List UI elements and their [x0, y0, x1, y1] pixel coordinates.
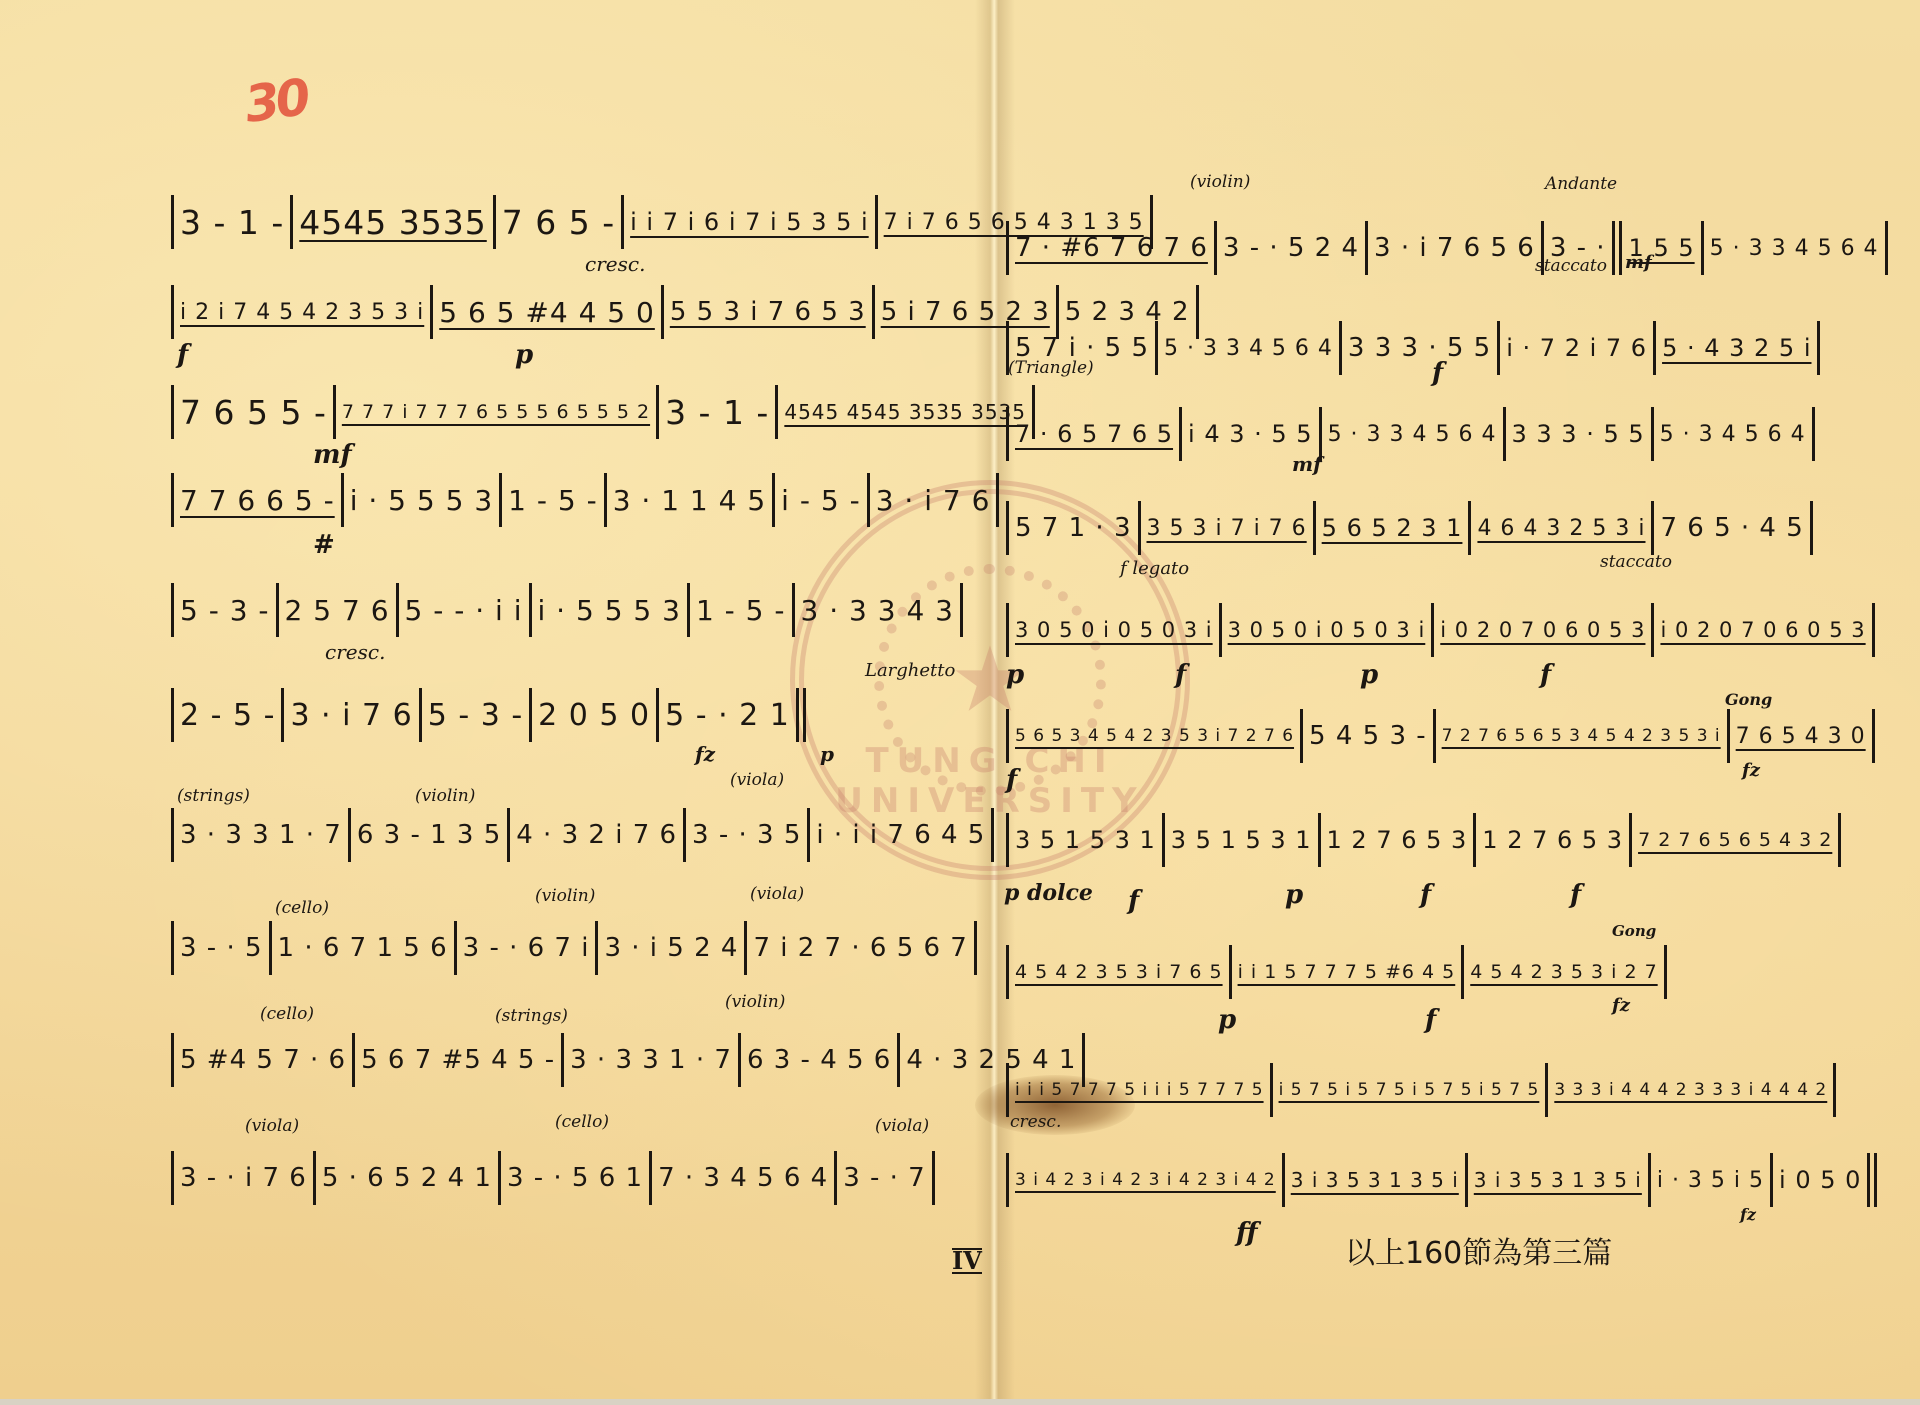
barline	[875, 195, 878, 249]
barline	[529, 688, 532, 742]
barline	[1006, 501, 1009, 555]
measure: i 2 i 7 4 5 4 2 3 5 3 i	[180, 300, 424, 325]
barline	[499, 473, 502, 527]
dynamic-forte: f	[177, 340, 188, 370]
measure: 7 2 7 6 5 6 5 4 3 2	[1638, 829, 1832, 851]
instrument-label: (violin)	[535, 886, 595, 906]
measure: i · 5 5 5 3	[350, 484, 493, 517]
measure: 5 6 5 3 4 5 4 2 3 5 3 i 7 2 7 6	[1015, 726, 1294, 746]
articulation-staccato: staccato	[1600, 552, 1672, 572]
measure: 3 - · 6 7 i	[463, 933, 590, 963]
barline	[1270, 1063, 1273, 1117]
measure: 3 - · 5 6 1	[507, 1163, 643, 1193]
barline	[341, 473, 344, 527]
measure: 3 · 3 3 1 · 7	[180, 820, 342, 850]
barline	[1629, 813, 1632, 867]
score-row: 7 6 5 5 - 7 7 7 i 7 7 7 6 5 5 5 6 5 5 5 …	[165, 382, 1041, 442]
score-row: 7 · #6 7 6 7 6 3 - · 5 2 4 3 · i 7 6 5 6…	[1000, 218, 1894, 278]
barline	[991, 808, 994, 862]
dynamic-piano: p	[1285, 880, 1303, 910]
barline	[171, 688, 174, 742]
measure: 3 i 3 5 3 1 3 5 i	[1291, 1168, 1459, 1192]
barline	[348, 808, 351, 862]
measure: i - 5 -	[781, 484, 861, 517]
dynamic-fz: fz	[1740, 1205, 1756, 1224]
barline	[1503, 407, 1506, 461]
barline	[1282, 1153, 1285, 1207]
instrument-label: (cello)	[260, 1004, 314, 1024]
dynamic-forte: f	[1420, 880, 1431, 910]
measure: 3 · 3 3 4 3	[801, 594, 954, 627]
instrument-label: (viola)	[875, 1116, 929, 1136]
barline	[1006, 1063, 1009, 1117]
score-row: 3 5 1 5 3 1 3 5 1 5 3 1 1 2 7 6 5 3 1 2 …	[1000, 810, 1847, 870]
dynamic-forte: f	[1570, 880, 1581, 910]
measure: 3 3 3 · 5 5	[1512, 420, 1645, 448]
measure: 3 · 1 1 4 5	[613, 484, 766, 517]
barline	[1006, 709, 1009, 763]
score-row: 3 - · 5 1 · 6 7 1 5 6 3 - · 6 7 i 3 · i …	[165, 918, 983, 978]
barline	[171, 1151, 174, 1205]
double-barline	[1867, 1153, 1870, 1207]
measure: i 4 3 · 5 5	[1188, 420, 1313, 448]
articulation-staccato: staccato	[1535, 256, 1607, 276]
barline	[621, 195, 624, 249]
barline	[352, 1033, 355, 1087]
barline	[772, 473, 775, 527]
score-row: 7 · 6 5 7 6 5 i 4 3 · 5 5 5 · 3 3 4 5 6 …	[1000, 404, 1821, 464]
measure: 2 5 7 6	[285, 594, 390, 627]
measure: 7 · 3 4 5 6 4	[658, 1163, 828, 1193]
barline	[171, 583, 174, 637]
measure: i · 7 2 i 7 6	[1506, 334, 1647, 362]
measure: 7 6 5 · 4 5	[1660, 513, 1803, 543]
measure: 7 6 5 4 3 0	[1736, 724, 1866, 749]
barline	[269, 921, 272, 975]
barline	[683, 808, 686, 862]
barline	[1300, 709, 1303, 763]
articulation-legato: f legato	[1120, 558, 1189, 579]
measure: i 0 2 0 7 0 6 0 5 3	[1660, 618, 1865, 642]
sharp-mark: #	[313, 530, 335, 560]
barline	[1838, 813, 1841, 867]
barline	[1545, 1063, 1548, 1117]
instrument-label: (violin)	[725, 992, 785, 1012]
score-row: i i i 5 7 7 7 5 i i i 5 7 7 7 5 i 5 7 5 …	[1000, 1060, 1842, 1120]
barline	[171, 808, 174, 862]
measure: 5 6 5 #4 4 5 0	[439, 296, 655, 329]
measure: 7 7 6 6 5 -	[180, 484, 335, 517]
dynamic-fortissimo: ff	[1236, 1218, 1258, 1248]
dynamic-forte: f	[1006, 765, 1017, 795]
instrument-label: (violin)	[1190, 172, 1250, 192]
measure: 1 · 6 7 1 5 6	[278, 933, 448, 963]
score-row: 3 0 5 0 i 0 5 0 3 i 3 0 5 0 i 0 5 0 3 i …	[1000, 600, 1881, 660]
measure: 3 · i 7 6	[876, 484, 991, 517]
measure: i i 7 i 6 i 7 i 5 3 5 i	[630, 208, 869, 236]
score-row: 5 6 5 3 4 5 4 2 3 5 3 i 7 2 7 6 5 4 5 3 …	[1000, 706, 1881, 766]
measure: 3 - 1 -	[180, 203, 284, 242]
barline	[792, 583, 795, 637]
barline	[171, 921, 174, 975]
barline	[1179, 407, 1182, 461]
barline	[974, 921, 977, 975]
measure: 7 · 6 5 7 6 5	[1015, 420, 1173, 448]
measure: 5 4 5 3 -	[1309, 721, 1427, 751]
measure: 3 - 1 -	[665, 393, 769, 432]
measure: 3 3 3 i 4 4 4 2 3 3 3 i 4 4 4 2	[1554, 1080, 1827, 1100]
dynamic-piano: p	[1360, 660, 1378, 690]
measure: 7 6 5 -	[502, 203, 615, 242]
dynamic-mezzo-forte: mf	[1625, 252, 1652, 273]
instrument-label: (viola)	[730, 770, 784, 790]
instrument-label: (strings)	[495, 1006, 568, 1026]
barline	[649, 1151, 652, 1205]
measure: 1 - 5 -	[508, 484, 598, 517]
instrument-label: (cello)	[275, 898, 329, 918]
barline	[507, 808, 510, 862]
measure: 5 - 3 -	[428, 698, 523, 733]
barline	[687, 583, 690, 637]
dynamic-piano-dolce: p dolce	[1004, 880, 1093, 906]
double-barline	[796, 688, 799, 742]
barline	[1465, 1153, 1468, 1207]
measure: 4 5 4 2 3 5 3 i 7 6 5	[1015, 961, 1223, 983]
barline	[281, 688, 284, 742]
page-edge	[0, 1399, 1920, 1405]
dynamic-fz: fz	[695, 742, 715, 766]
barline	[1365, 221, 1368, 275]
measure: 5 · 3 3 4 5 6 4	[1328, 422, 1497, 447]
barline	[604, 473, 607, 527]
barline	[1339, 321, 1342, 375]
score-row: 2 - 5 - 3 · i 7 6 5 - 3 - 2 0 5 0 5 - · …	[165, 685, 813, 745]
measure: 3 5 3 i 7 i 7 6	[1147, 516, 1307, 541]
barline	[493, 195, 496, 249]
measure: 5 · 3 3 4 5 6 4	[1164, 336, 1333, 361]
barline	[171, 195, 174, 249]
score-row: 5 7 1 · 3 3 5 3 i 7 i 7 6 5 6 5 2 3 1 4 …	[1000, 498, 1819, 558]
dynamic-mezzo-forte: mf	[313, 440, 352, 470]
barline	[171, 285, 174, 339]
dynamic-forte: f	[1175, 660, 1186, 690]
barline	[1214, 221, 1217, 275]
barline	[656, 688, 659, 742]
barline	[1653, 321, 1656, 375]
measure: 4 · 3 2 i 7 6	[516, 820, 677, 850]
barline	[171, 385, 174, 439]
page-roman-numeral: IV	[952, 1248, 982, 1274]
measure: 2 0 5 0	[538, 698, 650, 733]
measure: 5 - - · i i	[405, 594, 523, 627]
barline	[872, 285, 875, 339]
measure: 5 · 6 5 2 4 1	[322, 1163, 492, 1193]
score-row: 3 i 4 2 3 i 4 2 3 i 4 2 3 i 4 2 3 i 3 5 …	[1000, 1150, 1884, 1210]
barline	[595, 921, 598, 975]
tempo-andante: Andante	[1545, 174, 1617, 194]
barline	[1006, 603, 1009, 657]
measure: 7 i 2 7 · 6 5 6 7	[753, 933, 967, 963]
measure: 3 5 1 5 3 1	[1015, 826, 1156, 854]
barline	[396, 583, 399, 637]
measure: i · 5 5 5 3	[538, 594, 681, 627]
barline	[661, 285, 664, 339]
barline	[1461, 945, 1464, 999]
measure: i 0 5 0	[1779, 1166, 1861, 1194]
barline	[1648, 1153, 1651, 1207]
barline	[498, 1151, 501, 1205]
barline	[932, 1151, 935, 1205]
measure: 3 i 4 2 3 i 4 2 3 i 4 2 3 i 4 2	[1015, 1170, 1276, 1190]
barline	[1006, 407, 1009, 461]
barline	[1313, 501, 1316, 555]
barline	[276, 583, 279, 637]
barline	[807, 808, 810, 862]
dynamic-cresc: cresc.	[325, 640, 385, 664]
measure: 6 3 - 1 3 5	[357, 820, 501, 850]
dynamic-piano: p	[820, 742, 834, 766]
measure: 4545 3535	[299, 203, 486, 242]
measure: 5 - · 2 1	[665, 698, 790, 733]
barline	[1651, 603, 1654, 657]
measure: 1 - 5 -	[696, 594, 786, 627]
barline	[1770, 1153, 1773, 1207]
measure: 7 6 5 5 -	[180, 393, 327, 432]
measure: 3 3 3 · 5 5	[1348, 333, 1491, 363]
instrument-label: (viola)	[245, 1116, 299, 1136]
measure: 5 - 3 -	[180, 594, 270, 627]
measure: 3 · i 5 2 4	[604, 933, 738, 963]
measure: i i 1 5 7 7 7 5 #6 4 5	[1238, 961, 1456, 983]
score-row: 7 7 6 6 5 - i · 5 5 5 3 1 - 5 - 3 · 1 1 …	[165, 470, 1005, 530]
dynamic-piano: p	[1006, 660, 1024, 690]
barline	[996, 473, 999, 527]
barline	[561, 1033, 564, 1087]
barline	[171, 473, 174, 527]
measure: 3 - · 7	[843, 1163, 926, 1193]
measure: 3 i 3 5 3 1 3 5 i	[1474, 1168, 1642, 1192]
barline	[1701, 221, 1704, 275]
barline	[1872, 709, 1875, 763]
barline	[1006, 221, 1009, 275]
section-end-note: 以上160節為第三篇	[1345, 1228, 1612, 1272]
measure: 3 0 5 0 i 0 5 0 3 i	[1228, 618, 1426, 642]
dynamic-fz: fz	[1742, 760, 1760, 781]
barline	[1473, 813, 1476, 867]
barline	[1433, 709, 1436, 763]
measure: 3 - · 3 5	[692, 820, 801, 850]
dynamic-forte: f	[1540, 660, 1551, 690]
instrument-gong: Gong	[1725, 690, 1772, 709]
instrument-label: (cello)	[555, 1112, 609, 1132]
measure: 4 5 4 2 3 5 3 i 2 7	[1470, 961, 1657, 983]
measure: 3 - · 5	[180, 933, 263, 963]
measure: i 5 7 5 i 5 7 5 i 5 7 5 i 5 7 5	[1279, 1080, 1540, 1100]
measure: 5 · 3 3 4 5 6 4	[1710, 236, 1879, 261]
measure: 3 · 3 3 1 · 7	[570, 1045, 732, 1075]
barline	[1872, 603, 1875, 657]
dynamic-forte: f	[1425, 1005, 1436, 1035]
measure: 5 · 3 4 5 6 4	[1660, 422, 1806, 447]
dynamic-cresc: cresc.	[1010, 1112, 1061, 1132]
dynamic-piano: p	[515, 340, 533, 370]
instrument-label: (violin)	[415, 786, 475, 806]
barline	[897, 1033, 900, 1087]
measure: 2 - 5 -	[180, 698, 275, 733]
barline	[775, 385, 778, 439]
measure: 3 · i 7 6	[290, 698, 412, 733]
tempo-larghetto: Larghetto	[865, 660, 955, 681]
barline	[1006, 1153, 1009, 1207]
barline	[1664, 945, 1667, 999]
dynamic-mezzo-forte: mf	[1292, 452, 1322, 476]
barline	[454, 921, 457, 975]
barline	[1468, 501, 1471, 555]
measure: 7 2 7 6 5 6 5 3 4 5 4 2 3 5 3 i	[1442, 726, 1721, 746]
dynamic-fz: fz	[1612, 995, 1630, 1016]
measure: 1 2 7 6 5 3	[1327, 826, 1468, 854]
barline	[1833, 1063, 1836, 1117]
score-row: 4 5 4 2 3 5 3 i 7 6 5 i i 1 5 7 7 7 5 #6…	[1000, 942, 1673, 1002]
measure: 3 - · i 7 6	[180, 1163, 307, 1193]
barline	[1651, 501, 1654, 555]
score-row: 5 7 i · 5 5 5 · 3 3 4 5 6 4 3 3 3 · 5 5 …	[1000, 318, 1826, 378]
barline	[1885, 221, 1888, 275]
barline	[1138, 501, 1141, 555]
measure: 4 6 4 3 2 5 3 i	[1477, 516, 1645, 541]
barline	[1229, 945, 1232, 999]
barline	[1431, 603, 1434, 657]
barline	[1812, 407, 1815, 461]
barline	[529, 583, 532, 637]
barline	[1810, 501, 1813, 555]
measure: 5 7 1 · 3	[1015, 513, 1132, 543]
dynamic-forte: f	[1432, 358, 1443, 388]
barline	[1497, 321, 1500, 375]
measure: i · i i 7 6 4 5	[816, 820, 985, 850]
barline	[430, 285, 433, 339]
barline	[333, 385, 336, 439]
barline	[313, 1151, 316, 1205]
barline	[1006, 813, 1009, 867]
barline	[738, 1033, 741, 1087]
barline	[1727, 709, 1730, 763]
barline	[744, 921, 747, 975]
score-row: 5 - 3 - 2 5 7 6 5 - - · i i i · 5 5 5 3 …	[165, 580, 969, 640]
measure: 7 · #6 7 6 7 6	[1015, 233, 1208, 263]
measure: i · 3 5 i 5	[1657, 1168, 1764, 1193]
barline	[1006, 945, 1009, 999]
score-row: 3 - · i 7 6 5 · 6 5 2 4 1 3 - · 5 6 1 7 …	[165, 1148, 941, 1208]
measure: 3 0 5 0 i 0 5 0 3 i	[1015, 618, 1213, 642]
instrument-gong: Gong	[1612, 922, 1656, 940]
red-page-number: 30	[241, 68, 310, 134]
measure: 5 · 4 3 2 5 i	[1662, 334, 1811, 362]
measure: 3 - · 5 2 4	[1223, 233, 1359, 263]
measure: i 0 2 0 7 0 6 0 5 3	[1440, 618, 1645, 642]
instrument-label: (Triangle)	[1008, 358, 1094, 378]
instrument-label: (strings)	[177, 786, 250, 806]
score-row: 3 · 3 3 1 · 7 6 3 - 1 3 5 4 · 3 2 i 7 6 …	[165, 805, 1000, 865]
barline	[171, 1033, 174, 1087]
measure: 5 5 3 i 7 6 5 3	[670, 297, 866, 327]
measure: i i i 5 7 7 7 5 i i i 5 7 7 7 5	[1015, 1080, 1264, 1100]
measure: 5 6 5 2 3 1	[1322, 514, 1463, 542]
measure: 6 3 - 4 5 6	[747, 1045, 891, 1075]
barline	[1155, 321, 1158, 375]
measure: 7 7 7 i 7 7 7 6 5 5 5 6 5 5 5 2	[342, 401, 650, 423]
score-row: 5 #4 5 7 · 6 5 6 7 #5 4 5 - 3 · 3 3 1 · …	[165, 1030, 1091, 1090]
dynamic-cresc: cresc.	[585, 252, 645, 276]
measure: 5 6 7 #5 4 5 -	[361, 1045, 555, 1075]
measure: 3 · i 7 6 5 6	[1374, 233, 1535, 263]
measure: 4545 4545 3535 3535	[784, 400, 1026, 424]
instrument-label: (viola)	[750, 884, 804, 904]
barline	[656, 385, 659, 439]
barline	[1817, 321, 1820, 375]
measure: 3 5 1 5 3 1	[1171, 826, 1312, 854]
double-barline	[1612, 221, 1615, 275]
dynamic-forte: f	[1128, 886, 1139, 916]
barline	[1219, 603, 1222, 657]
barline	[834, 1151, 837, 1205]
barline	[867, 473, 870, 527]
barline	[960, 583, 963, 637]
dynamic-piano: p	[1218, 1005, 1236, 1035]
barline	[1318, 813, 1321, 867]
barline	[1162, 813, 1165, 867]
barline	[419, 688, 422, 742]
barline	[290, 195, 293, 249]
measure: 5 #4 5 7 · 6	[180, 1045, 346, 1075]
measure: 1 2 7 6 5 3	[1482, 826, 1623, 854]
barline	[1651, 407, 1654, 461]
